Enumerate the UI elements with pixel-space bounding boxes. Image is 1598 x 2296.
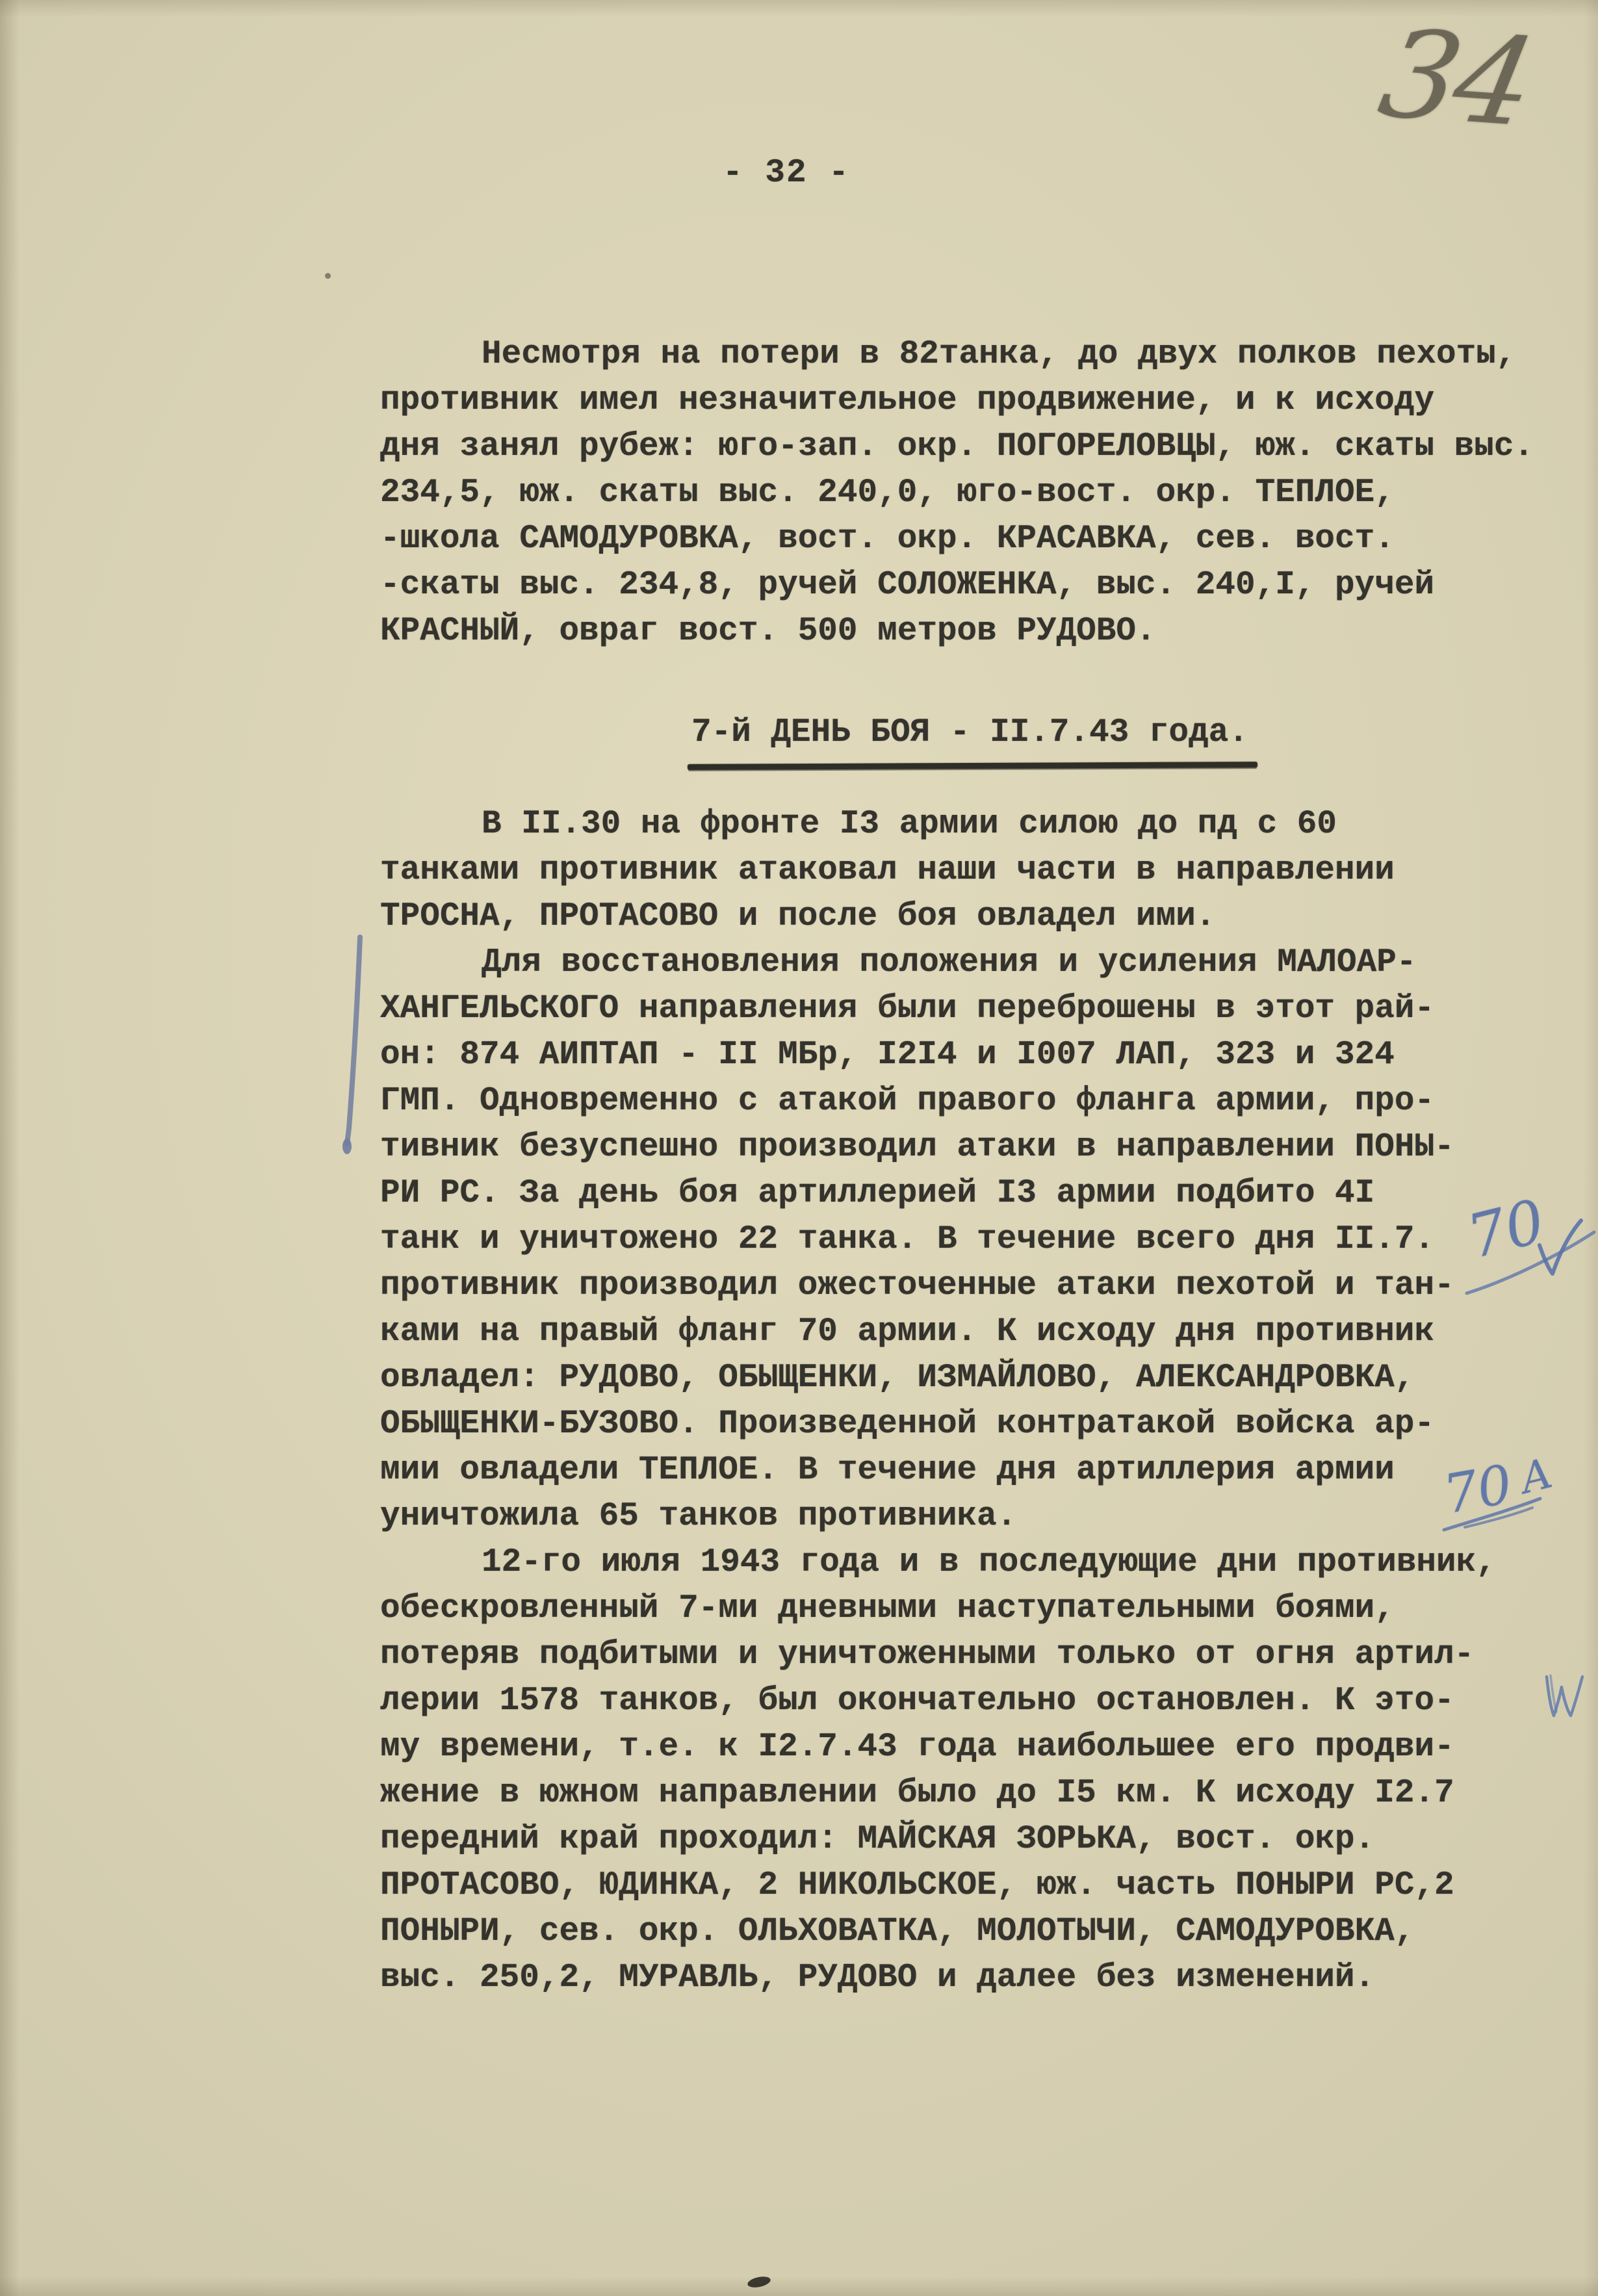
text-line: 12-го июля 1943 года и в последующие дни… (380, 1540, 1560, 1586)
handwritten-folio-number: 34 (1371, 14, 1540, 144)
section-heading: 7-й ДЕНЬ БОЯ - II.7.43 года. (380, 710, 1560, 756)
text-line: мии овладели ТЕПЛОЕ. В течение дня артил… (380, 1447, 1560, 1493)
text-line: танками противник атаковал наши части в … (380, 847, 1560, 894)
paragraph: Несмотря на потери в 82танка, до двух по… (380, 331, 1560, 654)
text-line: выс. 250,2, МУРАВЛЬ, РУДОВО и далее без … (380, 1955, 1560, 2001)
text-line: потеряв подбитыми и уничтоженными только… (380, 1632, 1560, 1678)
document-page: - 32 - 34 Несмотря на потери в 82танка, … (0, 0, 1598, 2296)
paragraph: В II.30 на фронте I3 армии силою до пд с… (380, 801, 1560, 940)
text-line: Несмотря на потери в 82танка, до двух по… (380, 331, 1560, 378)
handwritten-margin-note-70a: 70 А (1437, 1454, 1597, 1545)
margin-emphasis-line (338, 933, 370, 1157)
text-line: овладел: РУДОВО, ОБЫЩЕНКИ, ИЗМАЙЛОВО, АЛ… (380, 1355, 1560, 1401)
paragraph: Для восстановления положения и усиления … (380, 940, 1560, 1540)
paragraph: 12-го июля 1943 года и в последующие дни… (380, 1540, 1560, 2001)
text-line: РИ РС. За день боя артиллерией I3 армии … (380, 1170, 1560, 1217)
text-line: ПОНЫРИ, сев. окр. ОЛЬХОВАТКА, МОЛОТЫЧИ, … (380, 1909, 1560, 1955)
text-line: -школа САМОДУРОВКА, вост. окр. КРАСАВКА,… (380, 516, 1560, 562)
text-line: ками на правый фланг 70 армии. К исходу … (380, 1309, 1560, 1355)
handwritten-w-mark (1541, 1670, 1595, 1729)
text-line: В II.30 на фронте I3 армии силою до пд с… (380, 801, 1560, 847)
text-line: ОБЫЩЕНКИ-БУЗОВО. Произведенной контратак… (380, 1401, 1560, 1447)
check-stroke (1540, 1220, 1581, 1274)
text-line: противник производил ожесточенные атаки … (380, 1263, 1560, 1309)
text-line: му времени, т.е. к I2.7.43 года наибольш… (380, 1724, 1560, 1770)
ink-speck-bottom (747, 2275, 771, 2289)
page-number: - 32 - (689, 155, 884, 192)
text-line: ХАНГЕЛЬСКОГО направления были переброшен… (380, 986, 1560, 1032)
flourish-underline-2 (1465, 1508, 1532, 1527)
text-line: КРАСНЫЙ, овраг вост. 500 метров РУДОВО. (380, 608, 1560, 654)
text-line: 234,5, юж. скаты выс. 240,0, юго-вост. о… (380, 470, 1560, 516)
text-line: лерии 1578 танков, был окончательно оста… (380, 1678, 1560, 1724)
text-line: дня занял рубеж: юго-зап. окр. ПОГОРЕЛОВ… (380, 424, 1560, 470)
text-line: -скаты выс. 234,8, ручей СОЛОЖЕНКА, выс.… (380, 562, 1560, 608)
text-line: жение в южном направлении было до I5 км.… (380, 1770, 1560, 1816)
text-line: уничтожила 65 танков противника. (380, 1493, 1560, 1540)
text-line: тивник безуспешно производил атаки в нап… (380, 1124, 1560, 1170)
text-line: обескровленный 7-ми дневными наступатель… (380, 1586, 1560, 1632)
text-line: противник имел незначительное продвижени… (380, 378, 1560, 424)
text-line: ТРОСНА, ПРОТАСОВО и после боя овладел им… (380, 894, 1560, 940)
text-line: танк и уничтожено 22 танка. В течение вс… (380, 1217, 1560, 1263)
text-line: Для восстановления положения и усиления … (380, 940, 1560, 986)
typed-text-block: Несмотря на потери в 82танка, до двух по… (380, 331, 1560, 2001)
text-line: ПРОТАСОВО, ЮДИНКА, 2 НИКОЛЬСКОЕ, юж. час… (380, 1863, 1560, 1909)
swoosh-underline (1467, 1232, 1594, 1293)
handwritten-margin-note-70-check: 70 (1459, 1194, 1598, 1308)
ink-speck-left-margin (325, 273, 331, 279)
text-line: он: 874 АИПТАП - II МБр, I2I4 и I007 ЛАП… (380, 1032, 1560, 1078)
text-line: передний край проходил: МАЙСКАЯ ЗОРЬКА, … (380, 1816, 1560, 1863)
flourish-underline-1 (1444, 1499, 1540, 1530)
section-heading-text: 7-й ДЕНЬ БОЯ - II.7.43 года. (691, 710, 1248, 756)
text-line: ГМП. Одновременно с атакой правого фланг… (380, 1078, 1560, 1124)
